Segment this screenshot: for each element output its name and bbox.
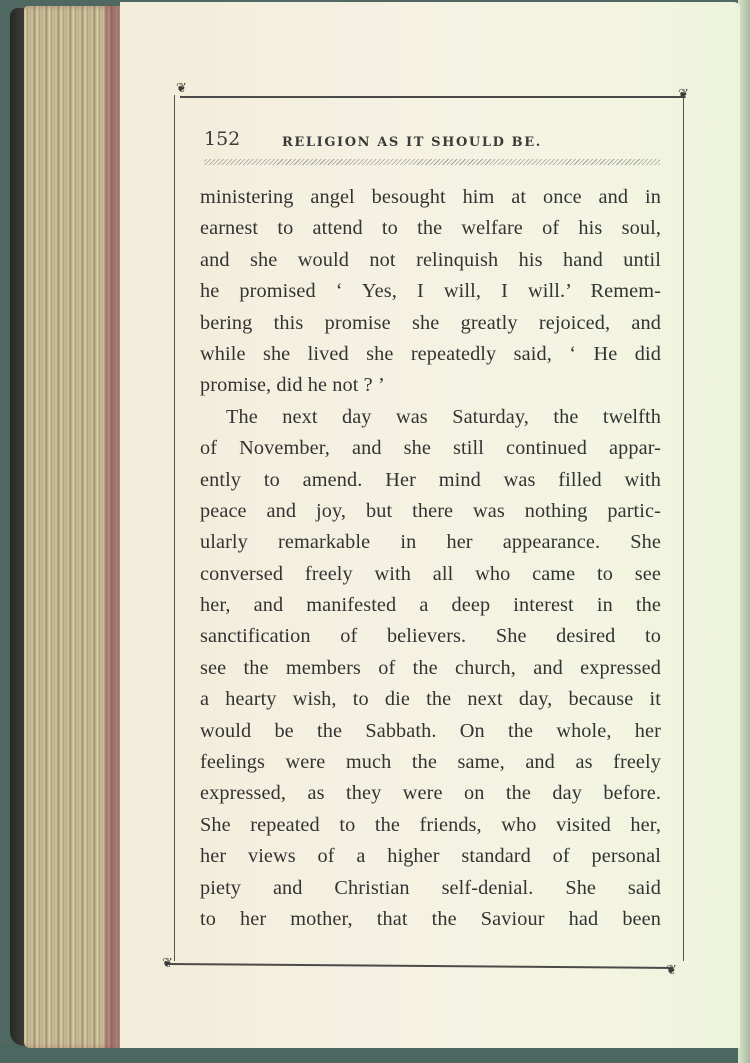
running-header: 152 RELIGION AS IT SHOULD BE. — [204, 128, 664, 158]
text-line: promise, did he not ? ’ — [200, 370, 661, 401]
corner-ornament-icon: ❦ — [162, 957, 173, 970]
page-edges-tint — [104, 6, 120, 1048]
text-line: to her mother, that the Saviour had been — [200, 904, 661, 935]
text-line: a hearty wish, to die the next day, beca… — [200, 684, 661, 715]
text-line: feelings were much the same, and as free… — [200, 747, 661, 778]
text-line: expressed, as they were on the day befor… — [200, 778, 661, 809]
paragraph: The next day was Saturday, the twelfth o… — [200, 402, 661, 936]
page-body-text: ministering angel besought him at once a… — [200, 182, 661, 935]
bottom-border-rule — [168, 963, 673, 969]
book-page: ❦ ❦ ❦ ❦ 152 RELIGION AS IT SHOULD BE. mi… — [120, 2, 740, 1048]
corner-ornament-icon: ❦ — [176, 82, 187, 95]
text-line: She repeated to the friends, who visited… — [200, 810, 661, 841]
running-title: RELIGION AS IT SHOULD BE. — [282, 135, 542, 150]
text-line: would be the Sabbath. On the whole, her — [200, 716, 661, 747]
text-line: The next day was Saturday, the twelfth — [200, 402, 661, 433]
header-wavy-rule — [204, 159, 660, 165]
text-line: conversed freely with all who came to se… — [200, 559, 661, 590]
text-line: see the members of the church, and expre… — [200, 653, 661, 684]
text-line: peace and joy, but there was nothing par… — [200, 496, 661, 527]
page-number: 152 — [204, 128, 240, 150]
text-line: earnest to attend to the welfare of his … — [200, 213, 661, 244]
top-border-rule — [180, 96, 685, 98]
paragraph: ministering angel besought him at once a… — [200, 182, 661, 402]
text-line: ministering angel besought him at once a… — [200, 182, 661, 213]
text-line: of November, and she still continued app… — [200, 433, 661, 464]
corner-ornament-icon: ❦ — [678, 88, 689, 101]
text-line: piety and Christian self-denial. She sai… — [200, 873, 661, 904]
text-line: and she would not relinquish his hand un… — [200, 245, 661, 276]
text-line: her views of a higher standard of person… — [200, 841, 661, 872]
book-photo: ❦ ❦ ❦ ❦ 152 RELIGION AS IT SHOULD BE. mi… — [0, 0, 750, 1063]
text-line: bering this promise she greatly rejoiced… — [200, 308, 661, 339]
corner-ornament-icon: ❦ — [666, 964, 677, 977]
text-line: ently to amend. Her mind was filled with — [200, 465, 661, 496]
text-line: sanctification of believers. She desired… — [200, 621, 661, 652]
text-line: her, and manifested a deep interest in t… — [200, 590, 661, 621]
text-line: he promised ‘ Yes, I will, I will.’ Reme… — [200, 276, 661, 307]
text-line: while she lived she repeatedly said, ‘ H… — [200, 339, 661, 370]
text-line: ularly remarkable in her appearance. She — [200, 527, 661, 558]
